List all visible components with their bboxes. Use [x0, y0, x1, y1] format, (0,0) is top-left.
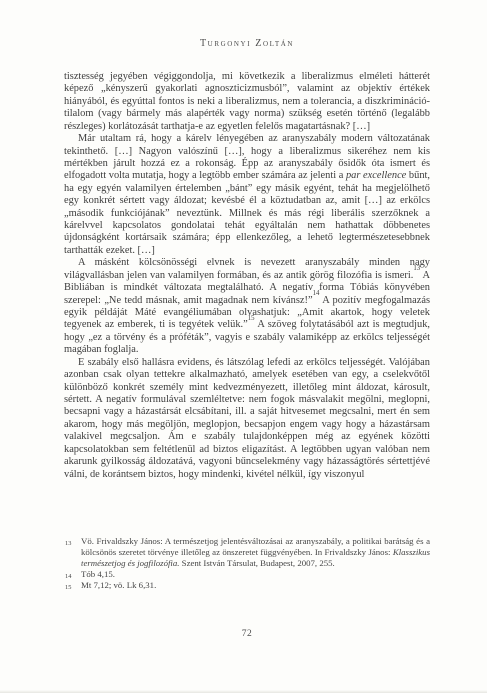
- footnote-text: Tób 4,15.: [81, 569, 430, 580]
- text-run: bűnt, ha egy egyén valamilyen értelemben…: [64, 170, 430, 256]
- footnote-text: Mt 7,12; vö. Lk 6,31.: [81, 580, 430, 591]
- text-run: E szabály első hallásra evidens, és láts…: [64, 357, 430, 480]
- running-head: Turgonyi Zoltán: [64, 38, 430, 49]
- text-run: Mt 7,12; vö. Lk 6,31.: [81, 580, 156, 590]
- footnote-reference: 15: [248, 315, 255, 322]
- page-number: 72: [64, 629, 430, 639]
- paragraph: E szabály első hallásra evidens, és láts…: [64, 357, 430, 481]
- paragraph: Már utaltam rá, hogy a kárelv lényegében…: [64, 133, 430, 257]
- footnote: 15Mt 7,12; vö. Lk 6,31.: [64, 580, 430, 591]
- footnote-reference: 13: [413, 265, 420, 272]
- footnote-text: Vö. Frivaldszky János: A természetjog je…: [81, 536, 430, 569]
- paragraph: tisztesség jegyében végiggondolja, mi kö…: [64, 71, 430, 133]
- italic-text: par excellence: [346, 170, 406, 181]
- footnote: 13Vö. Frivaldszky János: A természetjog …: [64, 536, 430, 569]
- footnote: 14Tób 4,15.: [64, 569, 430, 580]
- text-run: Szent István Társulat, Budapest, 2007, 2…: [179, 558, 334, 568]
- text-run: tisztesség jegyében végiggondolja, mi kö…: [64, 71, 430, 132]
- book-page: Turgonyi Zoltán tisztesség jegyében végi…: [0, 0, 487, 693]
- footnote-number: 15: [64, 582, 81, 593]
- footnote-reference: 14: [313, 290, 320, 297]
- text-run: Tób 4,15.: [81, 569, 115, 579]
- footnote-number: 13: [64, 538, 81, 571]
- footnote-section: 13Vö. Frivaldszky János: A természetjog …: [64, 536, 430, 591]
- footnote-number: 14: [64, 571, 81, 582]
- text-run: A másként kölcsönösségi elvnek is neveze…: [64, 257, 430, 280]
- text-run: Vö. Frivaldszky János: A természetjog je…: [81, 536, 430, 557]
- body-text: tisztesség jegyében végiggondolja, mi kö…: [64, 71, 430, 481]
- paragraph: A másként kölcsönösségi elvnek is neveze…: [64, 257, 430, 356]
